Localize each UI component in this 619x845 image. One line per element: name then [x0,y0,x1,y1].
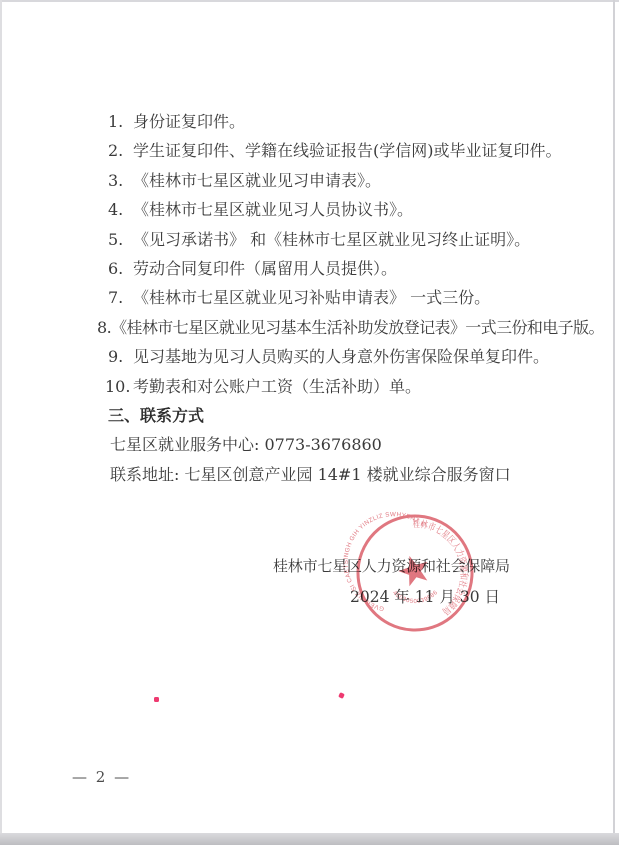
scan-edge-right [613,0,615,845]
list-item: 3.《桂林市七星区就业见习申请表》。 [97,166,577,195]
list-item-text: 见习基地为见习人员购买的人身意外伤害保险保单复印件。 [133,347,549,366]
list-item: 2.学生证复印件、学籍在线验证报告(学信网)或毕业证复印件。 [97,136,577,165]
list-item-number: 4. [108,195,133,224]
page-number: — 2 — [72,768,131,786]
seal-star-icon [395,551,433,588]
list-item-number: 9. [108,342,133,371]
list-item-text: 《见习承诺书》 和《桂林市七星区就业见习终止证明》。 [133,230,530,249]
svg-text:GVEILINZ SI CAETSINGH GIH YINZ: GVEILINZ SI CAETSINGH GIH YINZLIZ SWHYEN… [335,493,449,624]
list-item-number: 6. [108,254,133,283]
list-item: 6.劳动合同复印件（属留用人员提供）。 [97,254,577,283]
contact-phone-line: 七星区就业服务中心: 0773-3676860 [97,430,577,459]
list-item: 5.《见习承诺书》 和《桂林市七星区就业见习终止证明》。 [97,225,577,254]
official-seal-stamp: GVEILINZ SI CAETSINGH GIH YINZLIZ SWHYEN… [335,493,495,653]
section-heading: 三、联系方式 [97,401,577,430]
list-item: 4.《桂林市七星区就业见习人员协议书》。 [97,195,577,224]
list-item-text: 身份证复印件。 [133,112,245,131]
seal-latin-text: GVEILINZ SI CAETSINGH GIH YINZLIZ SWHYEN… [335,493,449,624]
ink-dot [338,692,345,699]
document-body: 1.身份证复印件。 2.学生证复印件、学籍在线验证报告(学信网)或毕业证复印件。… [97,107,577,489]
list-item-number: 3. [108,166,133,195]
list-item: 7.《桂林市七星区就业见习补贴申请表》 一式三份。 [97,283,577,312]
list-item-number: 5. [108,225,133,254]
list-item-number: 7. [108,283,133,312]
list-item: 1.身份证复印件。 [97,107,577,136]
list-item-text: 学生证复印件、学籍在线验证报告(学信网)或毕业证复印件。 [133,141,562,160]
list-item: 10.考勤表和对公账户工资（生活补助）单。 [97,372,577,401]
list-item-text: 《桂林市七星区就业见习申请表》。 [133,171,381,190]
list-item-text: 《桂林市七星区就业见习补贴申请表》 一式三份。 [133,288,490,307]
scan-edge-top [0,0,619,2]
list-item-text: 《桂林市七星区就业见习人员协议书》。 [133,200,413,219]
list-item-number: 8. [97,313,111,342]
contact-address-line: 联系地址: 七星区创意产业园 14#1 楼就业综合服务窗口 [97,460,577,489]
scan-edge-bottom [0,833,619,845]
list-item-number: 1. [108,107,133,136]
list-item-number: 10. [105,372,133,401]
list-item-text: 考勤表和对公账户工资（生活补助）单。 [133,377,421,396]
list-item-text: 《桂林市七星区就业见习基本生活补助发放登记表》一式三份和电子版。 [111,318,604,337]
list-item: 8.《桂林市七星区就业见习基本生活补助发放登记表》一式三份和电子版。 [97,313,577,342]
list-item-text: 劳动合同复印件（属留用人员提供）。 [133,259,397,278]
scanned-document-page: 1.身份证复印件。 2.学生证复印件、学籍在线验证报告(学信网)或毕业证复印件。… [0,0,619,845]
svg-text:4503050039986: 4503050039986 [390,578,441,613]
list-item: 9.见习基地为见习人员购买的人身意外伤害保险保单复印件。 [97,342,577,371]
seal-number-text: 4503050039986 [390,578,441,613]
list-item-number: 2. [108,136,133,165]
scan-edge-left [0,0,2,845]
ink-dot [154,697,159,702]
